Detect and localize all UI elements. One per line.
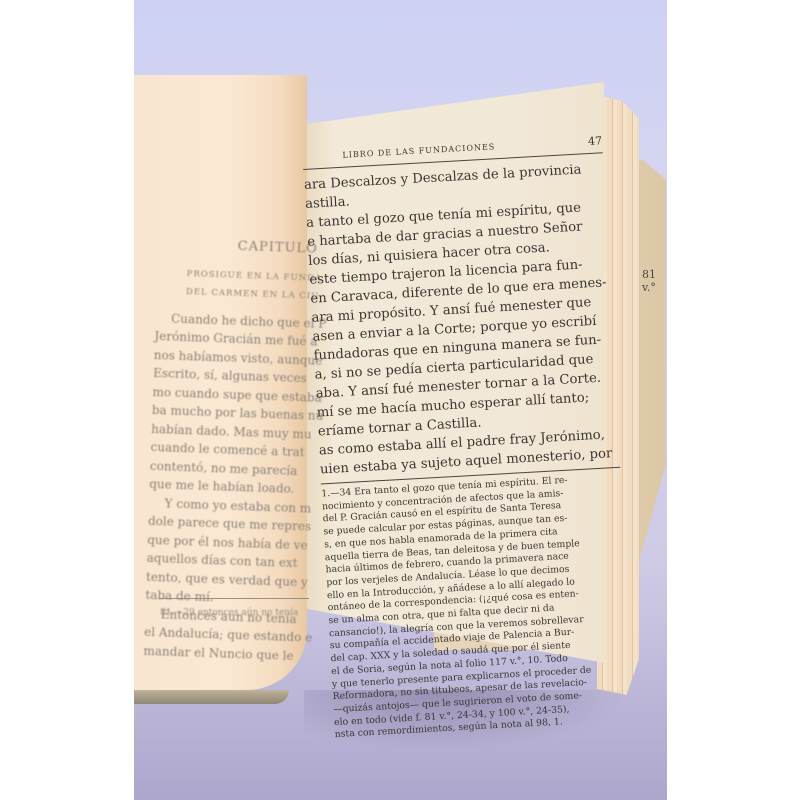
footnotes: 1.—34 Era tanto el gozo que tenía mi esp… (321, 472, 635, 742)
margin-folio-note: 81 v.° (642, 268, 667, 294)
left-footnote: 81.—29 entonces aún no tenía (160, 608, 298, 618)
right-page-text: LIBRO DE LAS FUNDACIONES 47 ara Descalzo… (302, 131, 635, 742)
left-page-edge (134, 690, 289, 704)
footnote-rule (159, 598, 309, 599)
page-number: 47 (588, 131, 603, 151)
book-photo: CAPITULO PROSIGUE EN LA FUNDA DEL CARMEN… (134, 0, 667, 800)
left-page-text: CAPITULO PROSIGUE EN LA FUNDA DEL CARMEN… (143, 235, 329, 666)
